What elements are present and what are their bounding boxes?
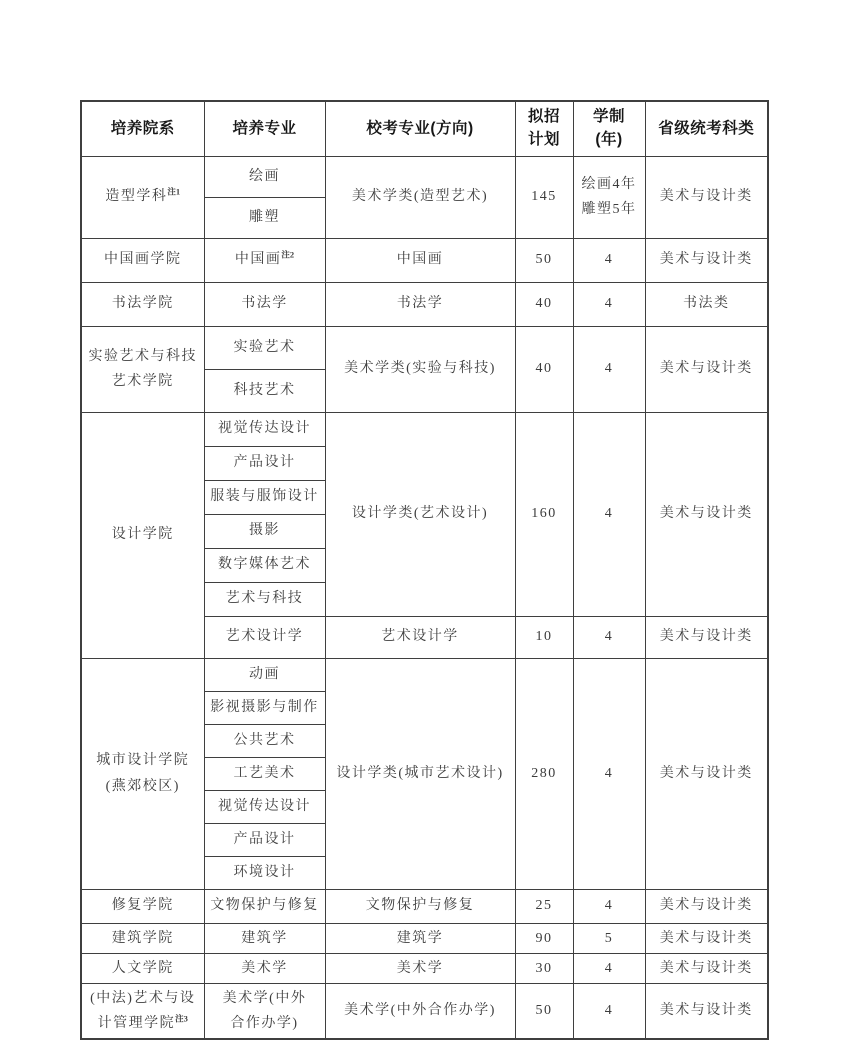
cell-exam-major: 美术学(中外合作办学) [325,983,515,1039]
cell-major: 影视摄影与制作 [204,691,325,724]
cell-plan: 160 [515,412,573,616]
cell-category: 美术与设计类 [645,983,768,1039]
dept-note: 注3 [175,1013,188,1023]
document-page: 培养院系 培养专业 校考专业(方向) 拟招 计划 学制 (年) 省级统考科类 造… [0,0,850,1050]
cell-dept: 城市设计学院 (燕郊校区) [81,658,204,889]
cell-category: 美术与设计类 [645,923,768,953]
cell-category: 美术与设计类 [645,889,768,923]
cell-dept: 中国画学院 [81,238,204,282]
cell-major: 书法学 [204,282,325,326]
cell-major: 文物保护与修复 [204,889,325,923]
cell-category: 书法类 [645,282,768,326]
cell-category: 美术与设计类 [645,238,768,282]
cell-major: 中国画注2 [204,238,325,282]
dept-note: 注1 [167,187,180,197]
cell-years: 4 [573,412,645,616]
cell-major: 建筑学 [204,923,325,953]
header-row: 培养院系 培养专业 校考专业(方向) 拟招 计划 学制 (年) 省级统考科类 [81,101,768,156]
table-row: 书法学院 书法学 书法学 40 4 书法类 [81,282,768,326]
cell-years: 4 [573,282,645,326]
cell-category: 美术与设计类 [645,412,768,616]
dept-text: (中法)艺术与设 计管理学院 [90,991,195,1031]
cell-major: 视觉传达设计 [204,412,325,446]
table-row: 城市设计学院 (燕郊校区) 动画 设计学类(城市艺术设计) 280 4 美术与设… [81,658,768,691]
col-header-category: 省级统考科类 [645,101,768,156]
table-row: 建筑学院 建筑学 建筑学 90 5 美术与设计类 [81,923,768,953]
cell-years: 绘画4年 雕塑5年 [573,156,645,238]
table-row: 设计学院 视觉传达设计 设计学类(艺术设计) 160 4 美术与设计类 [81,412,768,446]
cell-category: 美术与设计类 [645,156,768,238]
cell-exam-major: 中国画 [325,238,515,282]
cell-major: 环境设计 [204,856,325,889]
cell-category: 美术与设计类 [645,326,768,412]
cell-years: 4 [573,889,645,923]
cell-exam-major: 书法学 [325,282,515,326]
cell-plan: 50 [515,983,573,1039]
cell-plan: 10 [515,616,573,658]
col-header-exam-major: 校考专业(方向) [325,101,515,156]
cell-dept: 建筑学院 [81,923,204,953]
cell-exam-major: 美术学 [325,953,515,983]
dept-text: 造型学科 [105,189,167,204]
table-row: 造型学科注1 绘画 美术学类(造型艺术) 145 绘画4年 雕塑5年 美术与设计… [81,156,768,197]
cell-exam-major: 美术学类(造型艺术) [325,156,515,238]
cell-exam-major: 艺术设计学 [325,616,515,658]
cell-years: 4 [573,238,645,282]
cell-major: 服装与服饰设计 [204,480,325,514]
cell-dept: (中法)艺术与设 计管理学院注3 [81,983,204,1039]
table-row: 实验艺术与科技 艺术学院 实验艺术 美术学类(实验与科技) 40 4 美术与设计… [81,326,768,369]
cell-exam-major: 美术学类(实验与科技) [325,326,515,412]
cell-dept: 造型学科注1 [81,156,204,238]
major-text: 中国画 [235,252,282,267]
cell-category: 美术与设计类 [645,616,768,658]
col-header-years: 学制 (年) [573,101,645,156]
cell-years: 4 [573,616,645,658]
table-row: 中国画学院 中国画注2 中国画 50 4 美术与设计类 [81,238,768,282]
cell-exam-major: 设计学类(艺术设计) [325,412,515,616]
cell-plan: 40 [515,282,573,326]
cell-plan: 90 [515,923,573,953]
cell-plan: 40 [515,326,573,412]
table-row: 人文学院 美术学 美术学 30 4 美术与设计类 [81,953,768,983]
col-header-major: 培养专业 [204,101,325,156]
col-header-dept: 培养院系 [81,101,204,156]
cell-major: 产品设计 [204,823,325,856]
cell-dept: 人文学院 [81,953,204,983]
cell-exam-major: 文物保护与修复 [325,889,515,923]
cell-years: 4 [573,953,645,983]
cell-major: 绘画 [204,156,325,197]
cell-major: 产品设计 [204,446,325,480]
major-note: 注2 [281,250,294,260]
cell-major: 雕塑 [204,197,325,238]
cell-major: 美术学(中外 合作办学) [204,983,325,1039]
cell-major: 动画 [204,658,325,691]
cell-dept: 书法学院 [81,282,204,326]
cell-major: 摄影 [204,514,325,548]
cell-dept: 实验艺术与科技 艺术学院 [81,326,204,412]
cell-major: 艺术设计学 [204,616,325,658]
cell-major: 公共艺术 [204,724,325,757]
cell-major: 科技艺术 [204,369,325,412]
cell-major: 视觉传达设计 [204,790,325,823]
cell-years: 4 [573,983,645,1039]
cell-exam-major: 设计学类(城市艺术设计) [325,658,515,889]
cell-major: 艺术与科技 [204,582,325,616]
cell-plan: 280 [515,658,573,889]
cell-plan: 30 [515,953,573,983]
col-header-plan: 拟招 计划 [515,101,573,156]
cell-years: 4 [573,658,645,889]
cell-major: 工艺美术 [204,757,325,790]
cell-major: 美术学 [204,953,325,983]
cell-dept: 修复学院 [81,889,204,923]
cell-years: 4 [573,326,645,412]
cell-major: 数字媒体艺术 [204,548,325,582]
enrollment-plan-table: 培养院系 培养专业 校考专业(方向) 拟招 计划 学制 (年) 省级统考科类 造… [80,100,769,1040]
cell-category: 美术与设计类 [645,953,768,983]
cell-plan: 145 [515,156,573,238]
cell-exam-major: 建筑学 [325,923,515,953]
table-row: 修复学院 文物保护与修复 文物保护与修复 25 4 美术与设计类 [81,889,768,923]
cell-plan: 50 [515,238,573,282]
cell-years: 5 [573,923,645,953]
cell-dept: 设计学院 [81,412,204,658]
cell-plan: 25 [515,889,573,923]
table-row: (中法)艺术与设 计管理学院注3 美术学(中外 合作办学) 美术学(中外合作办学… [81,983,768,1039]
cell-major: 实验艺术 [204,326,325,369]
cell-category: 美术与设计类 [645,658,768,889]
